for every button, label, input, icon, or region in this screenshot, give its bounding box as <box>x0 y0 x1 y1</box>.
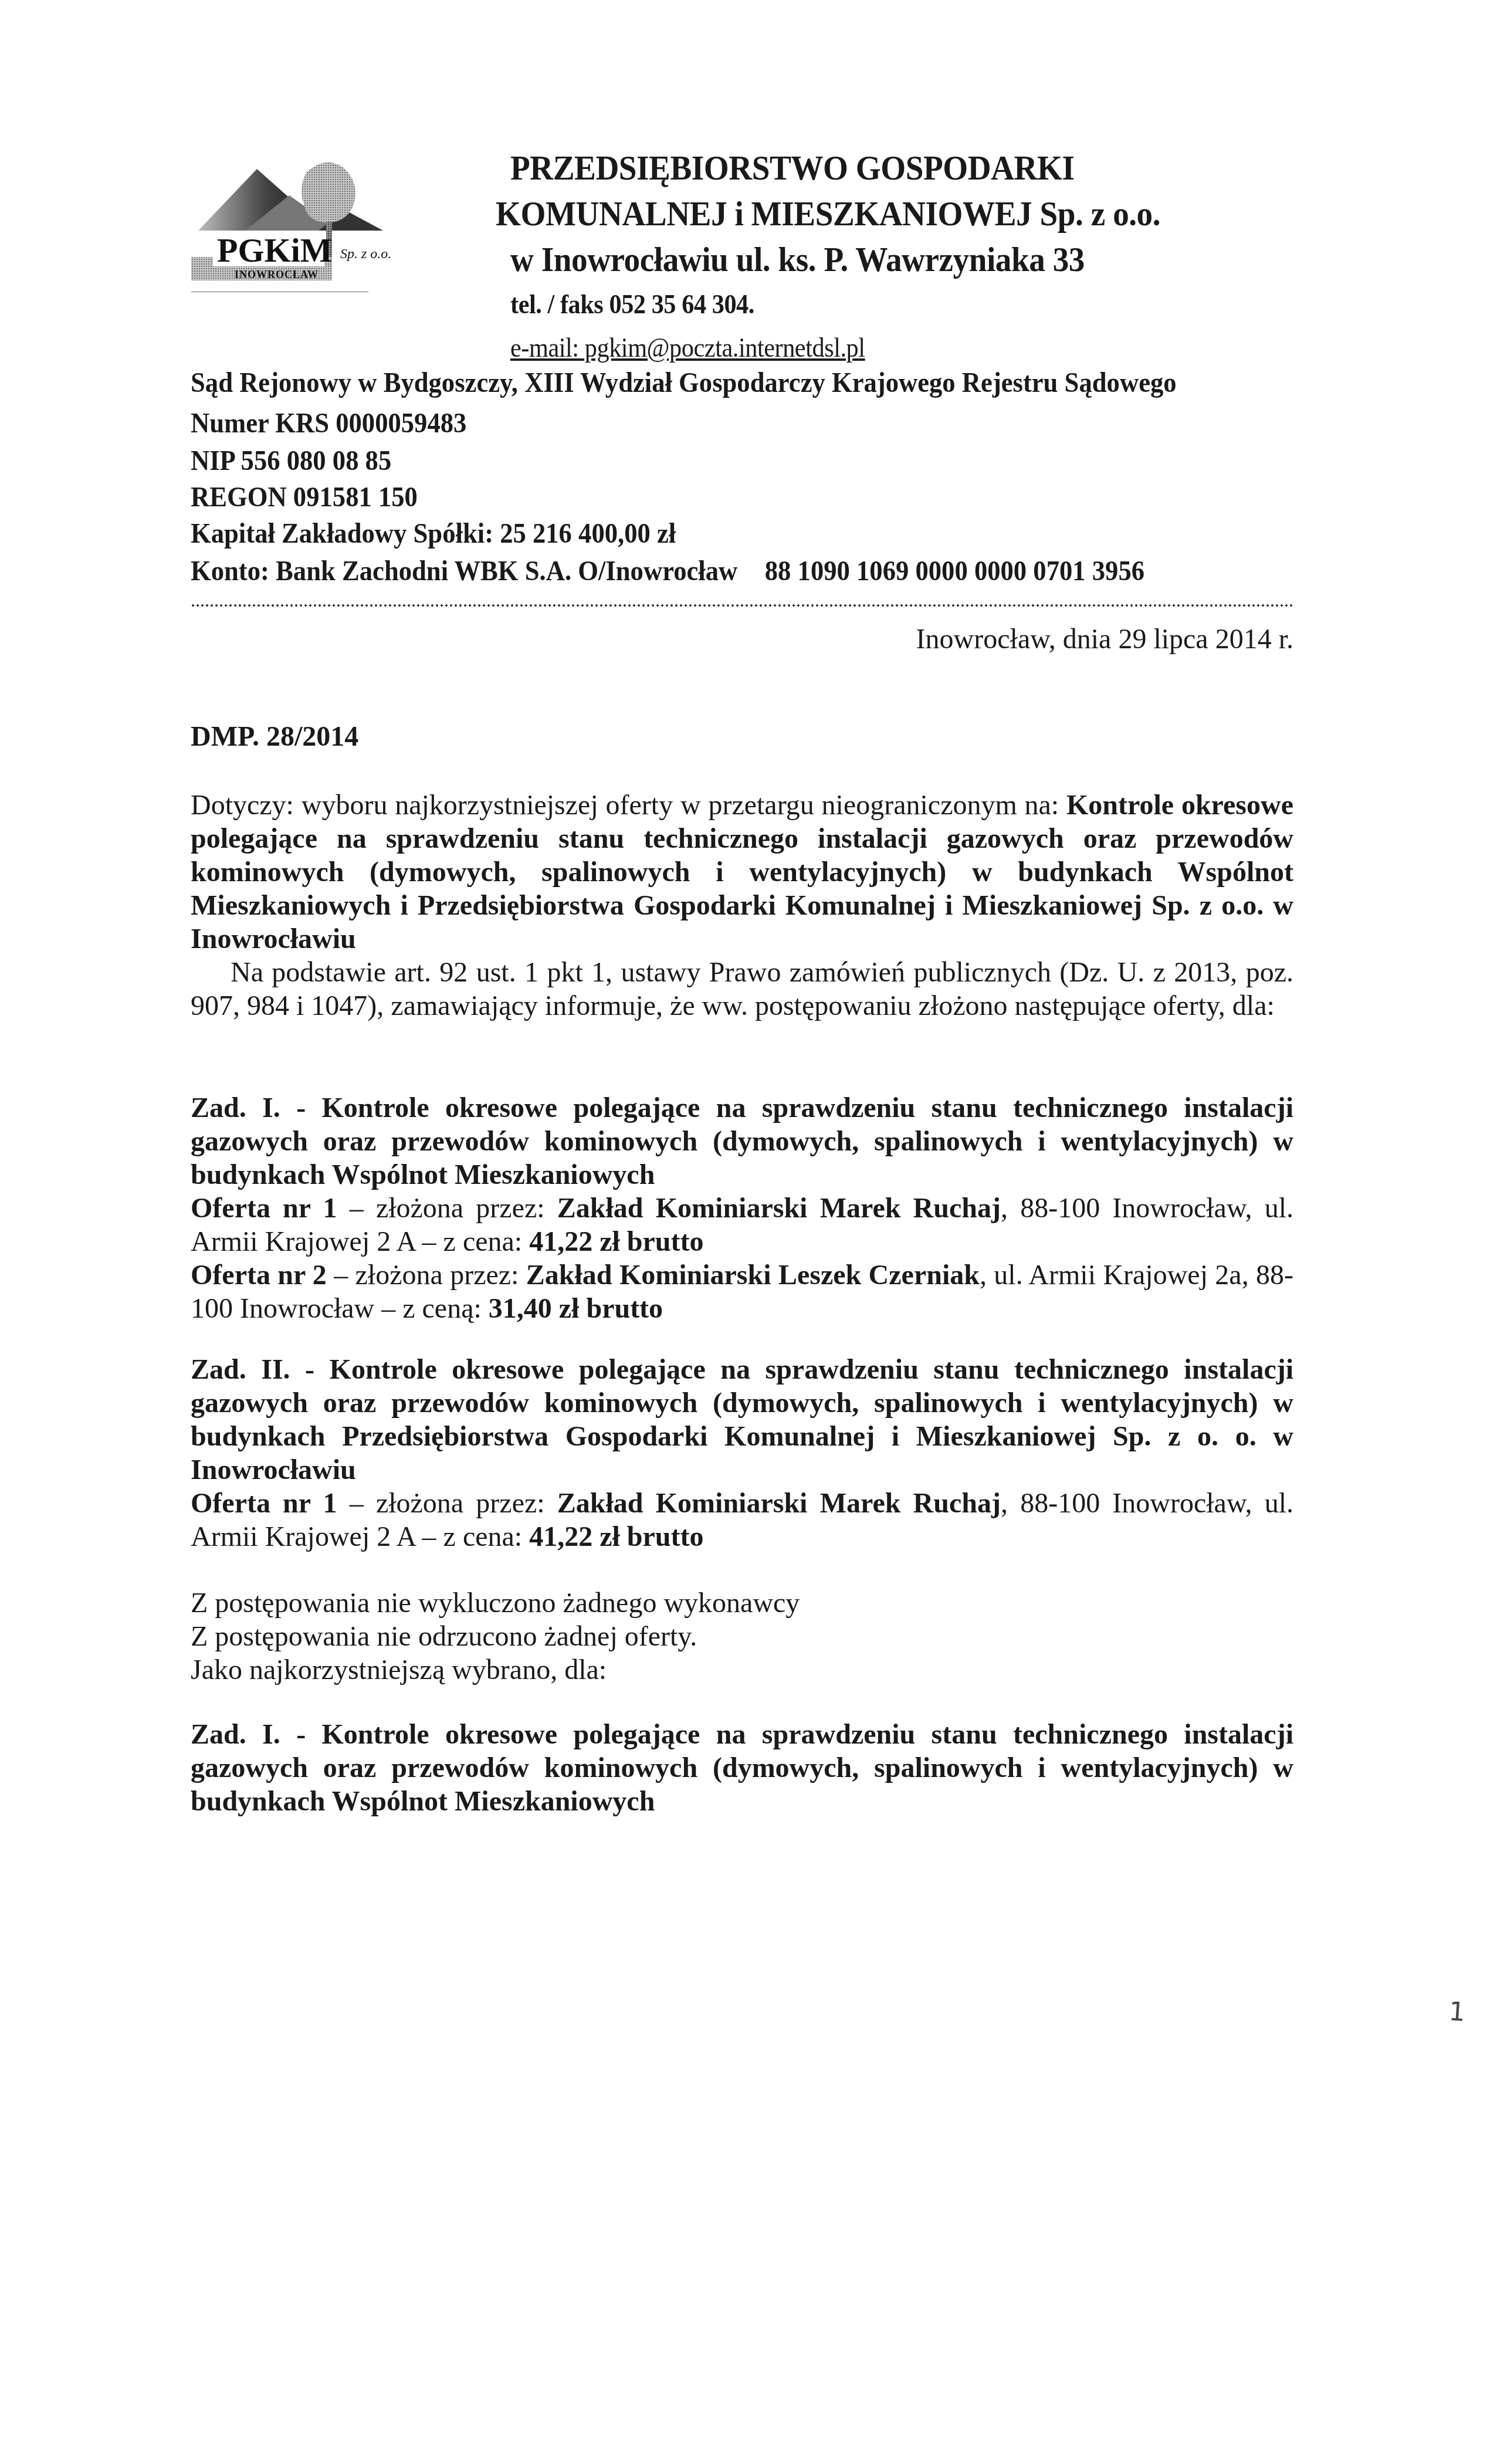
selected-task-title: Zad. I. - Kontrole okresowe polegające n… <box>191 1718 1293 1818</box>
offer-company: Zakład Kominiarski Leszek Czerniak <box>526 1260 980 1291</box>
court-registration: Sąd Rejonowy w Bydgoszczy, XIII Wydział … <box>191 367 1177 399</box>
company-name-line1: PRZEDSIĘBIORSTWO GOSPODARKI <box>510 148 1074 188</box>
offer-company: Zakład Kominiarski Marek Ruchaj <box>557 1193 1001 1224</box>
offer-item: Oferta nr 2 – złożona przez: Zakład Komi… <box>191 1258 1293 1325</box>
company-email-link[interactable]: e-mail: pgkim@poczta.internetdsl.pl <box>510 332 865 363</box>
regon-number: REGON 091581 150 <box>191 481 418 513</box>
offer-price: 41,22 zł brutto <box>529 1521 703 1552</box>
statement-selected-intro: Jako najkorzystniejszą wybrano, dla: <box>191 1653 1293 1687</box>
bank-account-label: Konto: Bank Zachodni WBK S.A. O/Inowrocł… <box>191 556 737 587</box>
task-2-section: Zad. II. - Kontrole okresowe polegające … <box>191 1353 1293 1553</box>
nip-number: NIP 556 080 08 85 <box>191 445 391 477</box>
company-logo: PGKiM INOWROCŁAW Sp. z o.o. <box>187 134 409 292</box>
offer-price: 41,22 zł brutto <box>529 1226 703 1257</box>
company-address: w Inowrocławiu ul. ks. P. Wawrzyniaka 33 <box>510 239 1085 280</box>
svg-text:Sp. z o.o.: Sp. z o.o. <box>340 246 391 262</box>
share-capital: Kapitał Zakładowy Spółki: 25 216 400,00 … <box>191 517 676 550</box>
offer-company: Zakład Kominiarski Marek Ruchaj <box>557 1488 1001 1519</box>
statement-no-exclusions: Z postępowania nie wykluczono żadnego wy… <box>191 1586 1293 1620</box>
page-number-mark: 1 <box>1448 1996 1466 2028</box>
reference-number: DMP. 28/2014 <box>191 720 358 753</box>
statements-section: Z postępowania nie wykluczono żadnego wy… <box>191 1586 1293 1687</box>
subject-paragraph: Dotyczy: wyboru najkorzystniejszej ofert… <box>191 788 1293 956</box>
document-date: Inowrocław, dnia 29 lipca 2014 r. <box>191 623 1293 655</box>
bank-account-number: 88 1090 1069 0000 0000 0701 3956 <box>765 556 1144 587</box>
statement-no-rejections: Z postępowania nie odrzucono żadnej ofer… <box>191 1620 1293 1653</box>
offer-item: Oferta nr 1 – złożona przez: Zakład Komi… <box>191 1192 1293 1258</box>
company-name-line2: KOMUNALNEJ i MIESZKANIOWEJ Sp. z o.o. <box>496 194 1160 234</box>
svg-text:PGKiM: PGKiM <box>217 231 333 269</box>
dotted-separator <box>191 603 1293 608</box>
mountains-and-tree-icon: PGKiM INOWROCŁAW Sp. z o.o. <box>187 134 409 292</box>
selected-task-section: Zad. I. - Kontrole okresowe polegające n… <box>191 1718 1293 1818</box>
company-phone: tel. / faks 052 35 64 304. <box>510 289 754 320</box>
task-title: Zad. I. - Kontrole okresowe polegające n… <box>191 1091 1293 1192</box>
bank-account: Konto: Bank Zachodni WBK S.A. O/Inowrocł… <box>191 555 1144 587</box>
offer-item: Oferta nr 1 – złożona przez: Zakład Komi… <box>191 1487 1293 1553</box>
task-title: Zad. II. - Kontrole okresowe polegające … <box>191 1353 1293 1487</box>
subject-section: Dotyczy: wyboru najkorzystniejszej ofert… <box>191 788 1293 1023</box>
legal-basis: Na podstawie art. 92 ust. 1 pkt 1, ustaw… <box>191 956 1293 1023</box>
krs-number: Numer KRS 0000059483 <box>191 407 466 439</box>
subject-prefix: Dotyczy: wyboru najkorzystniejszej ofert… <box>191 790 1066 821</box>
task-1-section: Zad. I. - Kontrole okresowe polegające n… <box>191 1091 1293 1325</box>
offer-price: 31,40 zł brutto <box>489 1293 663 1324</box>
svg-text:INOWROCŁAW: INOWROCŁAW <box>235 269 319 280</box>
